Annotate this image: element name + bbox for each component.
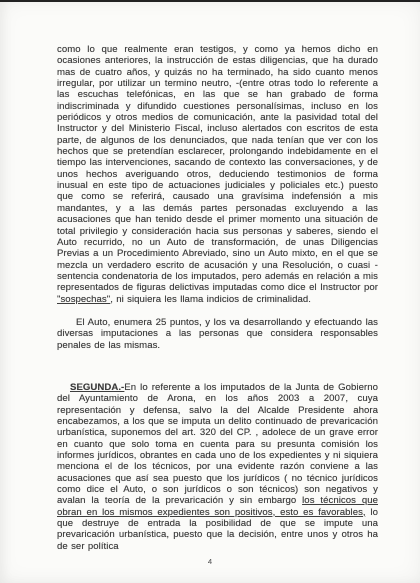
- page-number: 4: [0, 557, 420, 566]
- underlined-quoted-term: "sospechas": [57, 294, 110, 305]
- section-heading-segunda: SEGUNDA.-: [70, 382, 124, 393]
- paragraph-text: como lo que realmente eran testigos, y c…: [57, 44, 378, 293]
- scan-edge-artifact: [0, 0, 420, 2]
- document-page: como lo que realmente eran testigos, y c…: [0, 0, 420, 583]
- page-body-text: como lo que realmente eran testigos, y c…: [57, 44, 378, 552]
- paragraph-segunda: SEGUNDA.-En lo referente a los imputados…: [57, 382, 378, 552]
- paragraph-text: , ni siquiera les llama indicios de crim…: [110, 294, 311, 305]
- paragraph-auto-25-puntos: El Auto, enumera 25 puntos, y los va des…: [57, 317, 378, 351]
- paragraph-continuation: como lo que realmente eran testigos, y c…: [57, 44, 378, 305]
- paragraph-text: El Auto, enumera 25 puntos, y los va des…: [57, 317, 378, 351]
- paragraph-text: En lo referente a los imputados de la Ju…: [57, 382, 378, 506]
